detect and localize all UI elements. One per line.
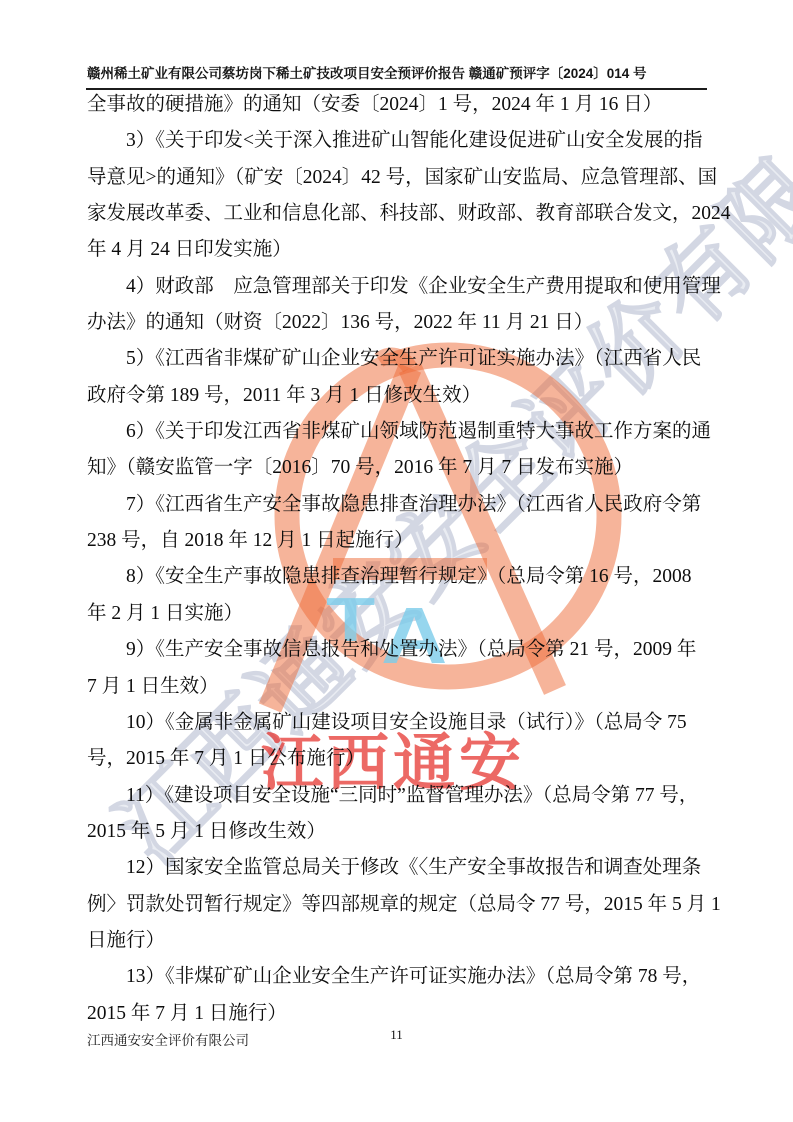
- body-line: 12）国家安全监管总局关于修改《〈生产安全事故报告和调查处理条: [87, 850, 707, 886]
- body-line: 导意见>的通知》（矿安〔2024〕42 号，国家矿山安监局、应急管理部、国: [87, 160, 707, 196]
- body-line: 13）《非煤矿矿山企业安全生产许可证实施办法》（总局令第 78 号，: [87, 959, 707, 995]
- body-line: 10）《金属非金属矿山建设项目安全设施目录（试行）》（总局令 75: [87, 705, 707, 741]
- body-line: 4）财政部 应急管理部关于印发《企业安全生产费用提取和使用管理: [87, 269, 707, 305]
- body-line: 全事故的硬措施》的通知（安委〔2024〕1 号，2024 年 1 月 16 日）: [87, 87, 707, 123]
- body-line: 知》（赣安监管一字〔2016〕70 号，2016 年 7 月 7 日发布实施）: [87, 450, 707, 486]
- report-running-head: 赣州稀土矿业有限公司蔡坊岗下稀土矿技改项目安全预评价报告 赣通矿预评字〔2024…: [87, 62, 707, 82]
- body-line: 号，2015 年 7 月 1 日公布施行）: [87, 741, 707, 777]
- body-line: 日施行）: [87, 923, 707, 959]
- body-line: 例〉罚款处罚暂行规定》等四部规章的规定（总局令 77 号，2015 年 5 月 …: [87, 887, 707, 923]
- body-line: 家发展改革委、工业和信息化部、科技部、财政部、教育部联合发文，2024: [87, 196, 707, 232]
- body-line: 8）《安全生产事故隐患排查治理暂行规定》（总局令第 16 号，2008: [87, 559, 707, 595]
- body-line: 政府令第 189 号，2011 年 3 月 1 日修改生效）: [87, 378, 707, 414]
- body-line: 办法》的通知（财资〔2022〕136 号，2022 年 11 月 21 日）: [87, 305, 707, 341]
- body-line: 年 2 月 1 日实施）: [87, 596, 707, 632]
- page-number: 11: [0, 1027, 793, 1043]
- body-line: 7 月 1 日生效）: [87, 669, 707, 705]
- body-line: 6）《关于印发江西省非煤矿山领域防范遏制重特大事故工作方案的通: [87, 414, 707, 450]
- body-line: 9）《生产安全事故信息报告和处置办法》（总局令第 21 号，2009 年: [87, 632, 707, 668]
- document-body: 全事故的硬措施》的通知（安委〔2024〕1 号，2024 年 1 月 16 日）…: [87, 87, 707, 1032]
- body-line: 11）《建设项目安全设施“三同时”监督管理办法》（总局令第 77 号，: [87, 778, 707, 814]
- body-line: 7）《江西省生产安全事故隐患排查治理办法》（江西省人民政府令第: [87, 487, 707, 523]
- body-line: 年 4 月 24 日印发实施）: [87, 232, 707, 268]
- body-line: 5）《江西省非煤矿矿山企业安全生产许可证实施办法》（江西省人民: [87, 341, 707, 377]
- body-line: 238 号，自 2018 年 12 月 1 日起施行）: [87, 523, 707, 559]
- body-line: 2015 年 5 月 1 日修改生效）: [87, 814, 707, 850]
- document-page: 江西通安安全评价有限公司 T A 江西通安 赣州稀土矿业有限公司蔡坊岗下稀土矿技…: [0, 0, 793, 1122]
- body-line: 3）《关于印发<关于深入推进矿山智能化建设促进矿山安全发展的指: [87, 123, 707, 159]
